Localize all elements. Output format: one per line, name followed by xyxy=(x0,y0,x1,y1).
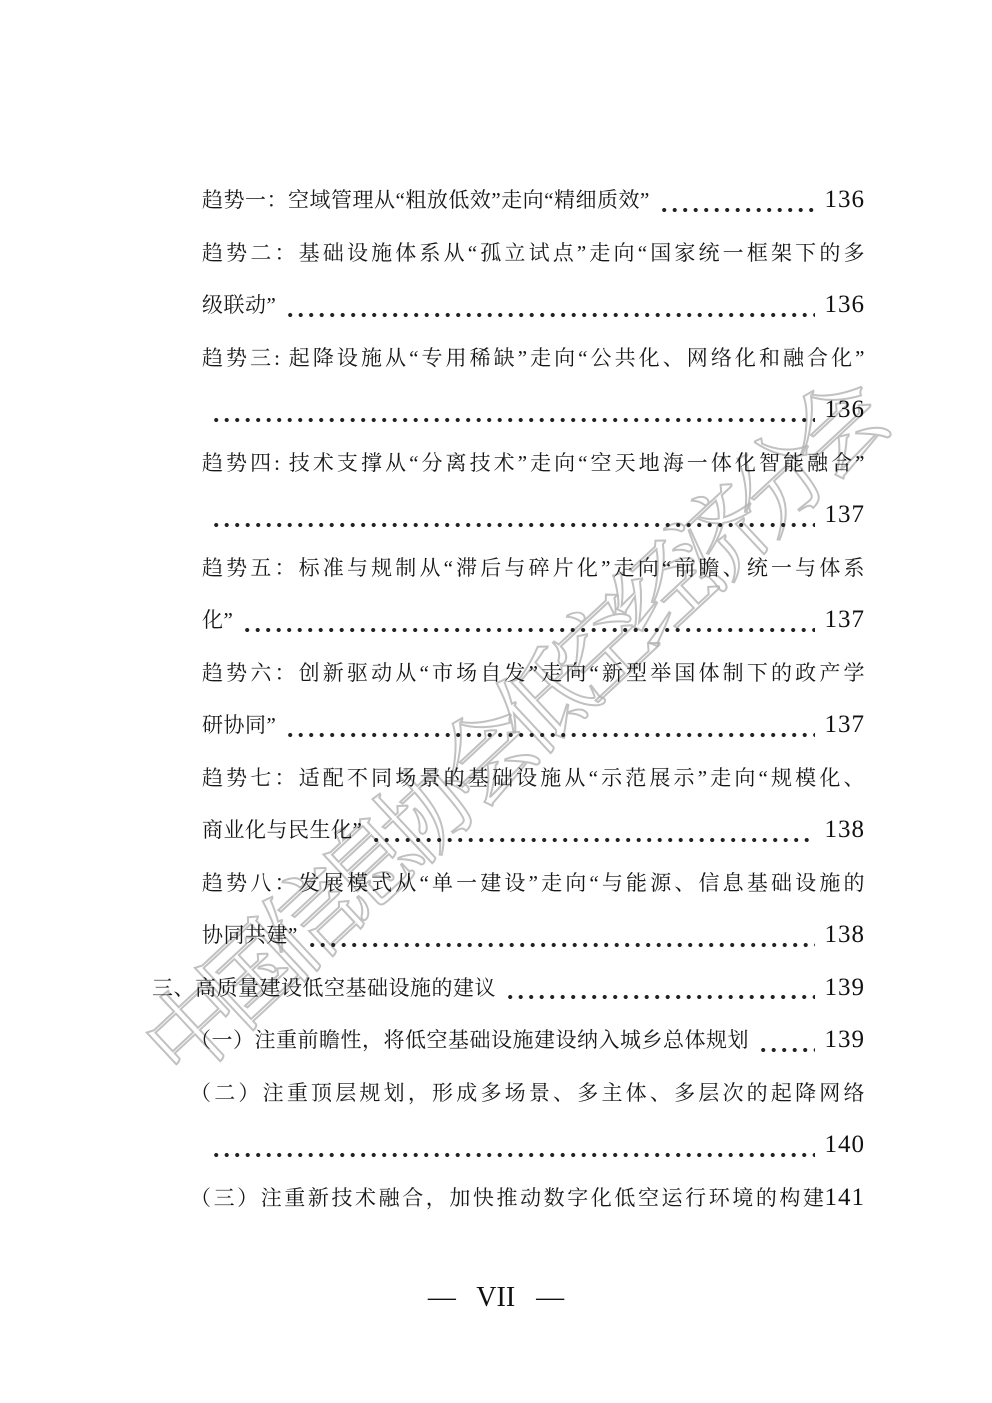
toc-row: 趋势五：标准与规制从“滞后与碎片化”走向“前瞻、统一与体系 xyxy=(202,542,865,595)
dot-leader-icon xyxy=(374,829,814,851)
toc-page-number: 139 xyxy=(825,974,866,1002)
toc-row: 化” 137 xyxy=(202,594,865,647)
toc-page-number: 140 xyxy=(825,1131,866,1159)
toc-page-number: 136 xyxy=(825,291,866,319)
toc-page-number: 136 xyxy=(825,396,866,424)
toc-entry-text: 协同共建” xyxy=(202,909,298,962)
toc-page-number: 141 xyxy=(825,1184,866,1212)
toc-entry-text: 趋势二：基础设施体系从“孤立试点”走向“国家统一框架下的多 xyxy=(202,227,865,280)
document-page: 中国信息协会低空经济分会 趋势一：空域管理从“粗放低效”走向“精细质效” 136… xyxy=(0,0,992,1403)
toc-row: （二）注重顶层规划，形成多场景、多主体、多层次的起降网络 xyxy=(190,1067,865,1120)
dot-leader-icon xyxy=(662,199,815,221)
toc-entry-text: 商业化与民生化” xyxy=(202,804,362,857)
dot-leader-icon xyxy=(288,724,814,746)
toc-row: 140 xyxy=(202,1119,865,1172)
page-number-footer: — VII — xyxy=(0,1282,992,1314)
toc-page-number: 139 xyxy=(825,1026,866,1054)
toc-entry-text: 三、高质量建设低空基础设施的建议 xyxy=(152,962,496,1015)
dot-leader-icon xyxy=(214,514,815,536)
toc-row: 趋势八：发展模式从“单一建设”走向“与能源、信息基础设施的 xyxy=(202,857,865,910)
dot-leader-icon xyxy=(214,1144,815,1166)
toc-page-number: 138 xyxy=(825,921,866,949)
toc-row: 趋势七：适配不同场景的基础设施从“示范展示”走向“规模化、 xyxy=(202,752,865,805)
toc-row: 趋势一：空域管理从“粗放低效”走向“精细质效” 136 xyxy=(202,174,865,227)
toc-entry-text: 化” xyxy=(202,594,233,647)
dot-leader-icon xyxy=(310,934,815,956)
toc-entry-text: 级联动” xyxy=(202,279,276,332)
dot-leader-icon xyxy=(288,304,814,326)
toc-list: 趋势一：空域管理从“粗放低效”走向“精细质效” 136 趋势二：基础设施体系从“… xyxy=(0,174,865,1224)
toc-entry-text: 趋势四: 技术支撑从“分离技术”走向“空天地海一体化智能融合” xyxy=(202,437,865,490)
toc-entry-text: 趋势八：发展模式从“单一建设”走向“与能源、信息基础设施的 xyxy=(202,857,865,910)
toc-row: （一）注重前瞻性，将低空基础设施建设纳入城乡总体规划 139 xyxy=(190,1014,865,1067)
toc-entry-text: 趋势三: 起降设施从“专用稀缺”走向“公共化、网络化和融合化” xyxy=(202,332,865,385)
toc-row: 136 xyxy=(202,384,865,437)
toc-row: 协同共建” 138 xyxy=(202,909,865,962)
toc-entry-text: 趋势七：适配不同场景的基础设施从“示范展示”走向“规模化、 xyxy=(202,752,865,805)
toc-page-number: 137 xyxy=(825,501,866,529)
toc-page-number: 137 xyxy=(825,606,866,634)
toc-entry-text: （一）注重前瞻性，将低空基础设施建设纳入城乡总体规划 xyxy=(190,1014,749,1067)
toc-entry-text: 趋势六：创新驱动从“市场自发”走向“新型举国体制下的政产学 xyxy=(202,647,865,700)
toc-row: 趋势四: 技术支撑从“分离技术”走向“空天地海一体化智能融合” xyxy=(202,437,865,490)
toc-entry-text: （三）注重新技术融合，加快推动数字化低空运行环境的构建 xyxy=(190,1172,825,1225)
toc-page-number: 138 xyxy=(825,816,866,844)
toc-page-number: 137 xyxy=(825,711,866,739)
dot-leader-icon xyxy=(214,409,815,431)
toc-entry-text: 趋势一：空域管理从“粗放低效”走向“精细质效” xyxy=(202,174,650,227)
toc-row: 商业化与民生化” 138 xyxy=(202,804,865,857)
toc-row: 趋势六：创新驱动从“市场自发”走向“新型举国体制下的政产学 xyxy=(202,647,865,700)
toc-row: （三）注重新技术融合，加快推动数字化低空运行环境的构建 141 xyxy=(190,1172,865,1225)
toc-row: 三、高质量建设低空基础设施的建议 139 xyxy=(152,962,865,1015)
toc-row: 趋势二：基础设施体系从“孤立试点”走向“国家统一框架下的多 xyxy=(202,227,865,280)
toc-page-number: 136 xyxy=(825,186,866,214)
dot-leader-icon xyxy=(245,619,814,641)
toc-entry-text: （二）注重顶层规划，形成多场景、多主体、多层次的起降网络 xyxy=(190,1067,865,1120)
toc-entry-text: 趋势五：标准与规制从“滞后与碎片化”走向“前瞻、统一与体系 xyxy=(202,542,865,595)
toc-row: 研协同” 137 xyxy=(202,699,865,752)
dot-leader-icon xyxy=(508,986,815,1008)
toc-row: 级联动” 136 xyxy=(202,279,865,332)
dot-leader-icon xyxy=(761,1039,815,1061)
toc-row: 趋势三: 起降设施从“专用稀缺”走向“公共化、网络化和融合化” xyxy=(202,332,865,385)
toc-entry-text: 研协同” xyxy=(202,699,276,752)
toc-row: 137 xyxy=(202,489,865,542)
